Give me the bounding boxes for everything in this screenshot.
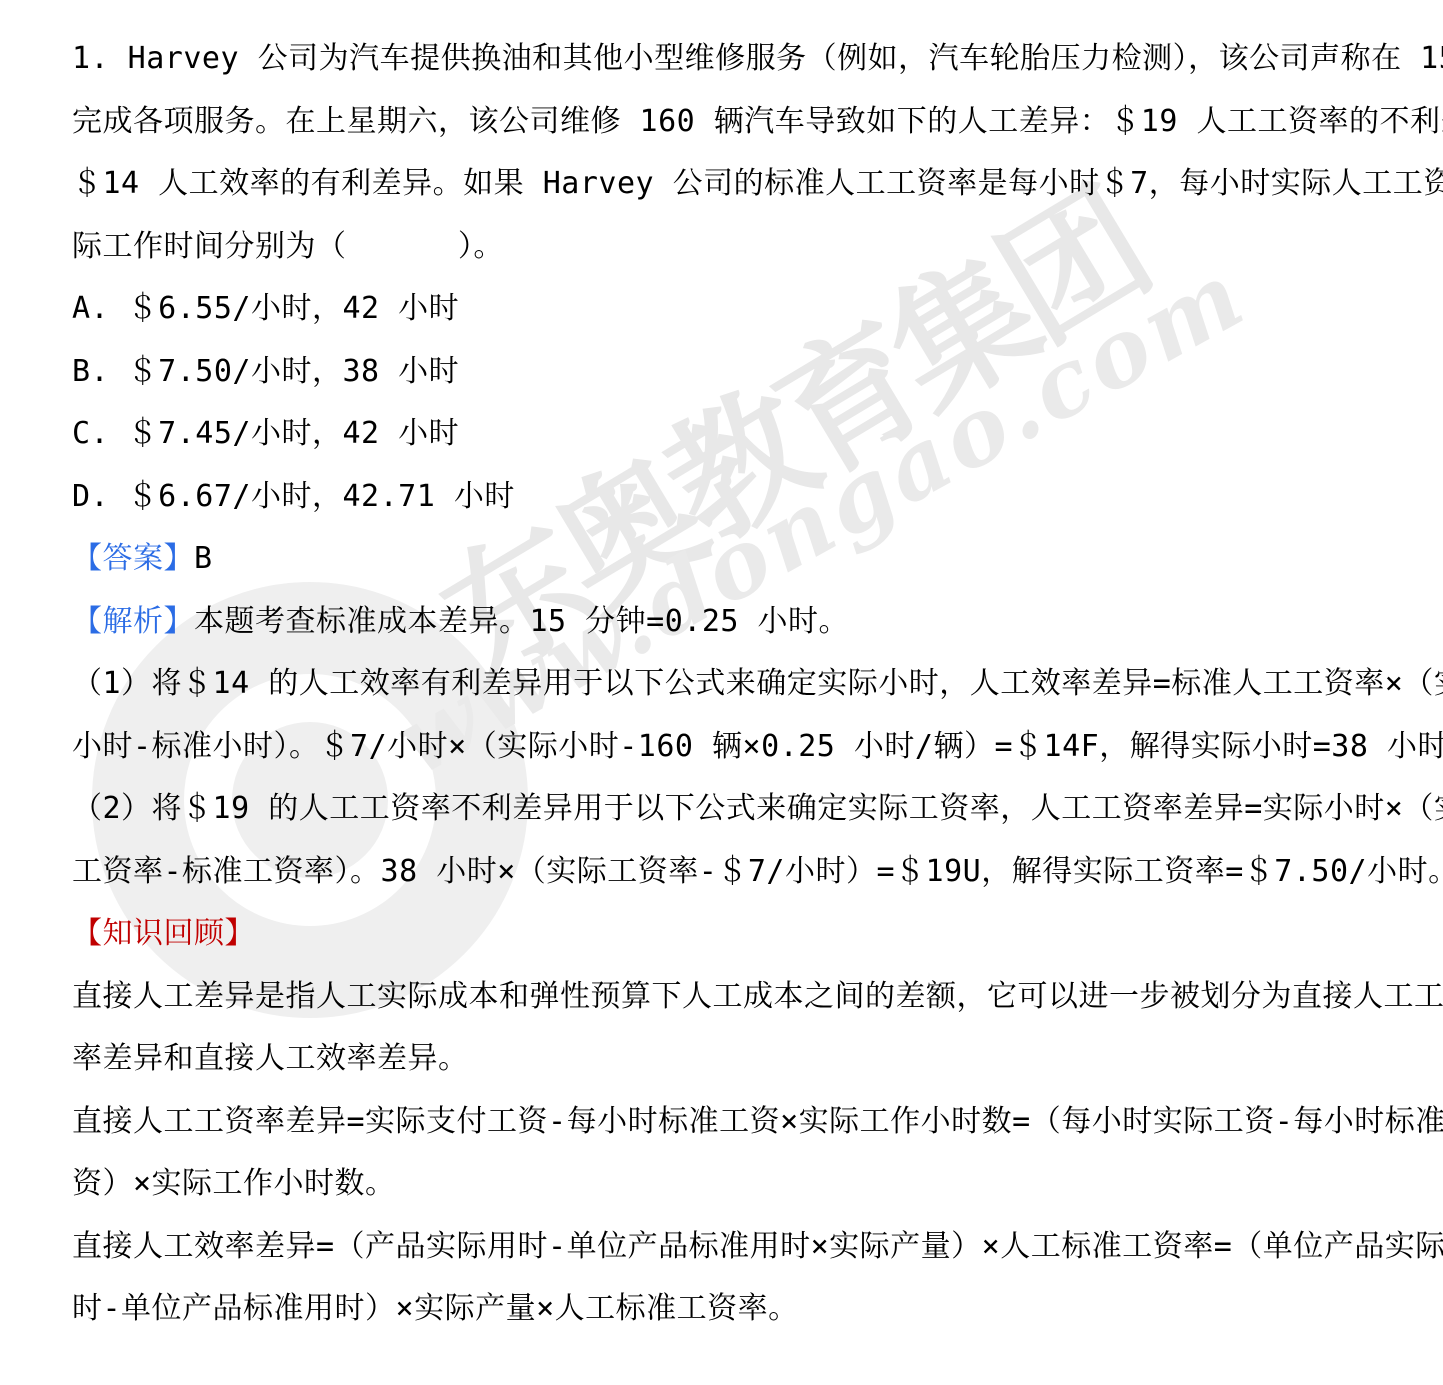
option-b: B. ＄7.50/小时，38 小时 (72, 341, 1407, 404)
review-p2-line1: 直接人工工资率差异=实际支付工资-每小时标准工资×实际工作小时数=（每小时实际工… (72, 1091, 1407, 1154)
option-c: C. ＄7.45/小时，42 小时 (72, 403, 1407, 466)
answer-line: 【答案】B (72, 528, 1407, 591)
analysis-step2-line2: 工资率-标准工资率）。38 小时×（实际工资率-＄7/小时）=＄19U，解得实际… (72, 841, 1407, 904)
analysis-step2-line1: （2）将＄19 的人工工资率不利差异用于以下公式来确定实际工资率，人工工资率差异… (72, 778, 1407, 841)
review-p1-line2: 率差异和直接人工效率差异。 (72, 1028, 1407, 1091)
document-page: 东奥教育集团 www.dongao.com 1. Harvey 公司为汽车提供换… (0, 0, 1443, 1385)
review-p2-line2: 资）×实际工作小时数。 (72, 1153, 1407, 1216)
review-label: 【知识回顾】 (72, 916, 255, 951)
review-p3-line2: 时-单位产品标准用时）×实际产量×人工标准工资率。 (72, 1278, 1407, 1341)
review-p1-line1: 直接人工差异是指人工实际成本和弹性预算下人工成本之间的差额，它可以进一步被划分为… (72, 966, 1407, 1029)
option-a: A. ＄6.55/小时，42 小时 (72, 278, 1407, 341)
analysis-step1-line2: 小时-标准小时）。＄7/小时×（实际小时-160 辆×0.25 小时/辆）=＄1… (72, 716, 1407, 779)
question-line-2: 完成各项服务。在上星期六，该公司维修 160 辆汽车导致如下的人工差异：＄19 … (72, 91, 1407, 154)
review-p3-line1: 直接人工效率差异=（产品实际用时-单位产品标准用时×实际产量）×人工标准工资率=… (72, 1216, 1407, 1279)
review-heading: 【知识回顾】 (72, 903, 1407, 966)
analysis-line: 【解析】本题考查标准成本差异。15 分钟=0.25 小时。 (72, 591, 1407, 654)
analysis-step1-line1: （1）将＄14 的人工效率有利差异用于以下公式来确定实际小时，人工效率差异=标准… (72, 653, 1407, 716)
question-line-3: ＄14 人工效率的有利差异。如果 Harvey 公司的标准人工工资率是每小时＄7… (72, 153, 1407, 216)
answer-value: B (194, 541, 213, 576)
option-d: D. ＄6.67/小时，42.71 小时 (72, 466, 1407, 529)
analysis-label: 【解析】 (72, 604, 194, 639)
document-content: 1. Harvey 公司为汽车提供换油和其他小型维修服务（例如，汽车轮胎压力检测… (72, 28, 1407, 1341)
analysis-text: 本题考查标准成本差异。15 分钟=0.25 小时。 (194, 604, 849, 639)
question-line-4: 际工作时间分别为（ ）。 (72, 216, 1407, 279)
answer-label: 【答案】 (72, 541, 194, 576)
question-line-1: 1. Harvey 公司为汽车提供换油和其他小型维修服务（例如，汽车轮胎压力检测… (72, 28, 1407, 91)
